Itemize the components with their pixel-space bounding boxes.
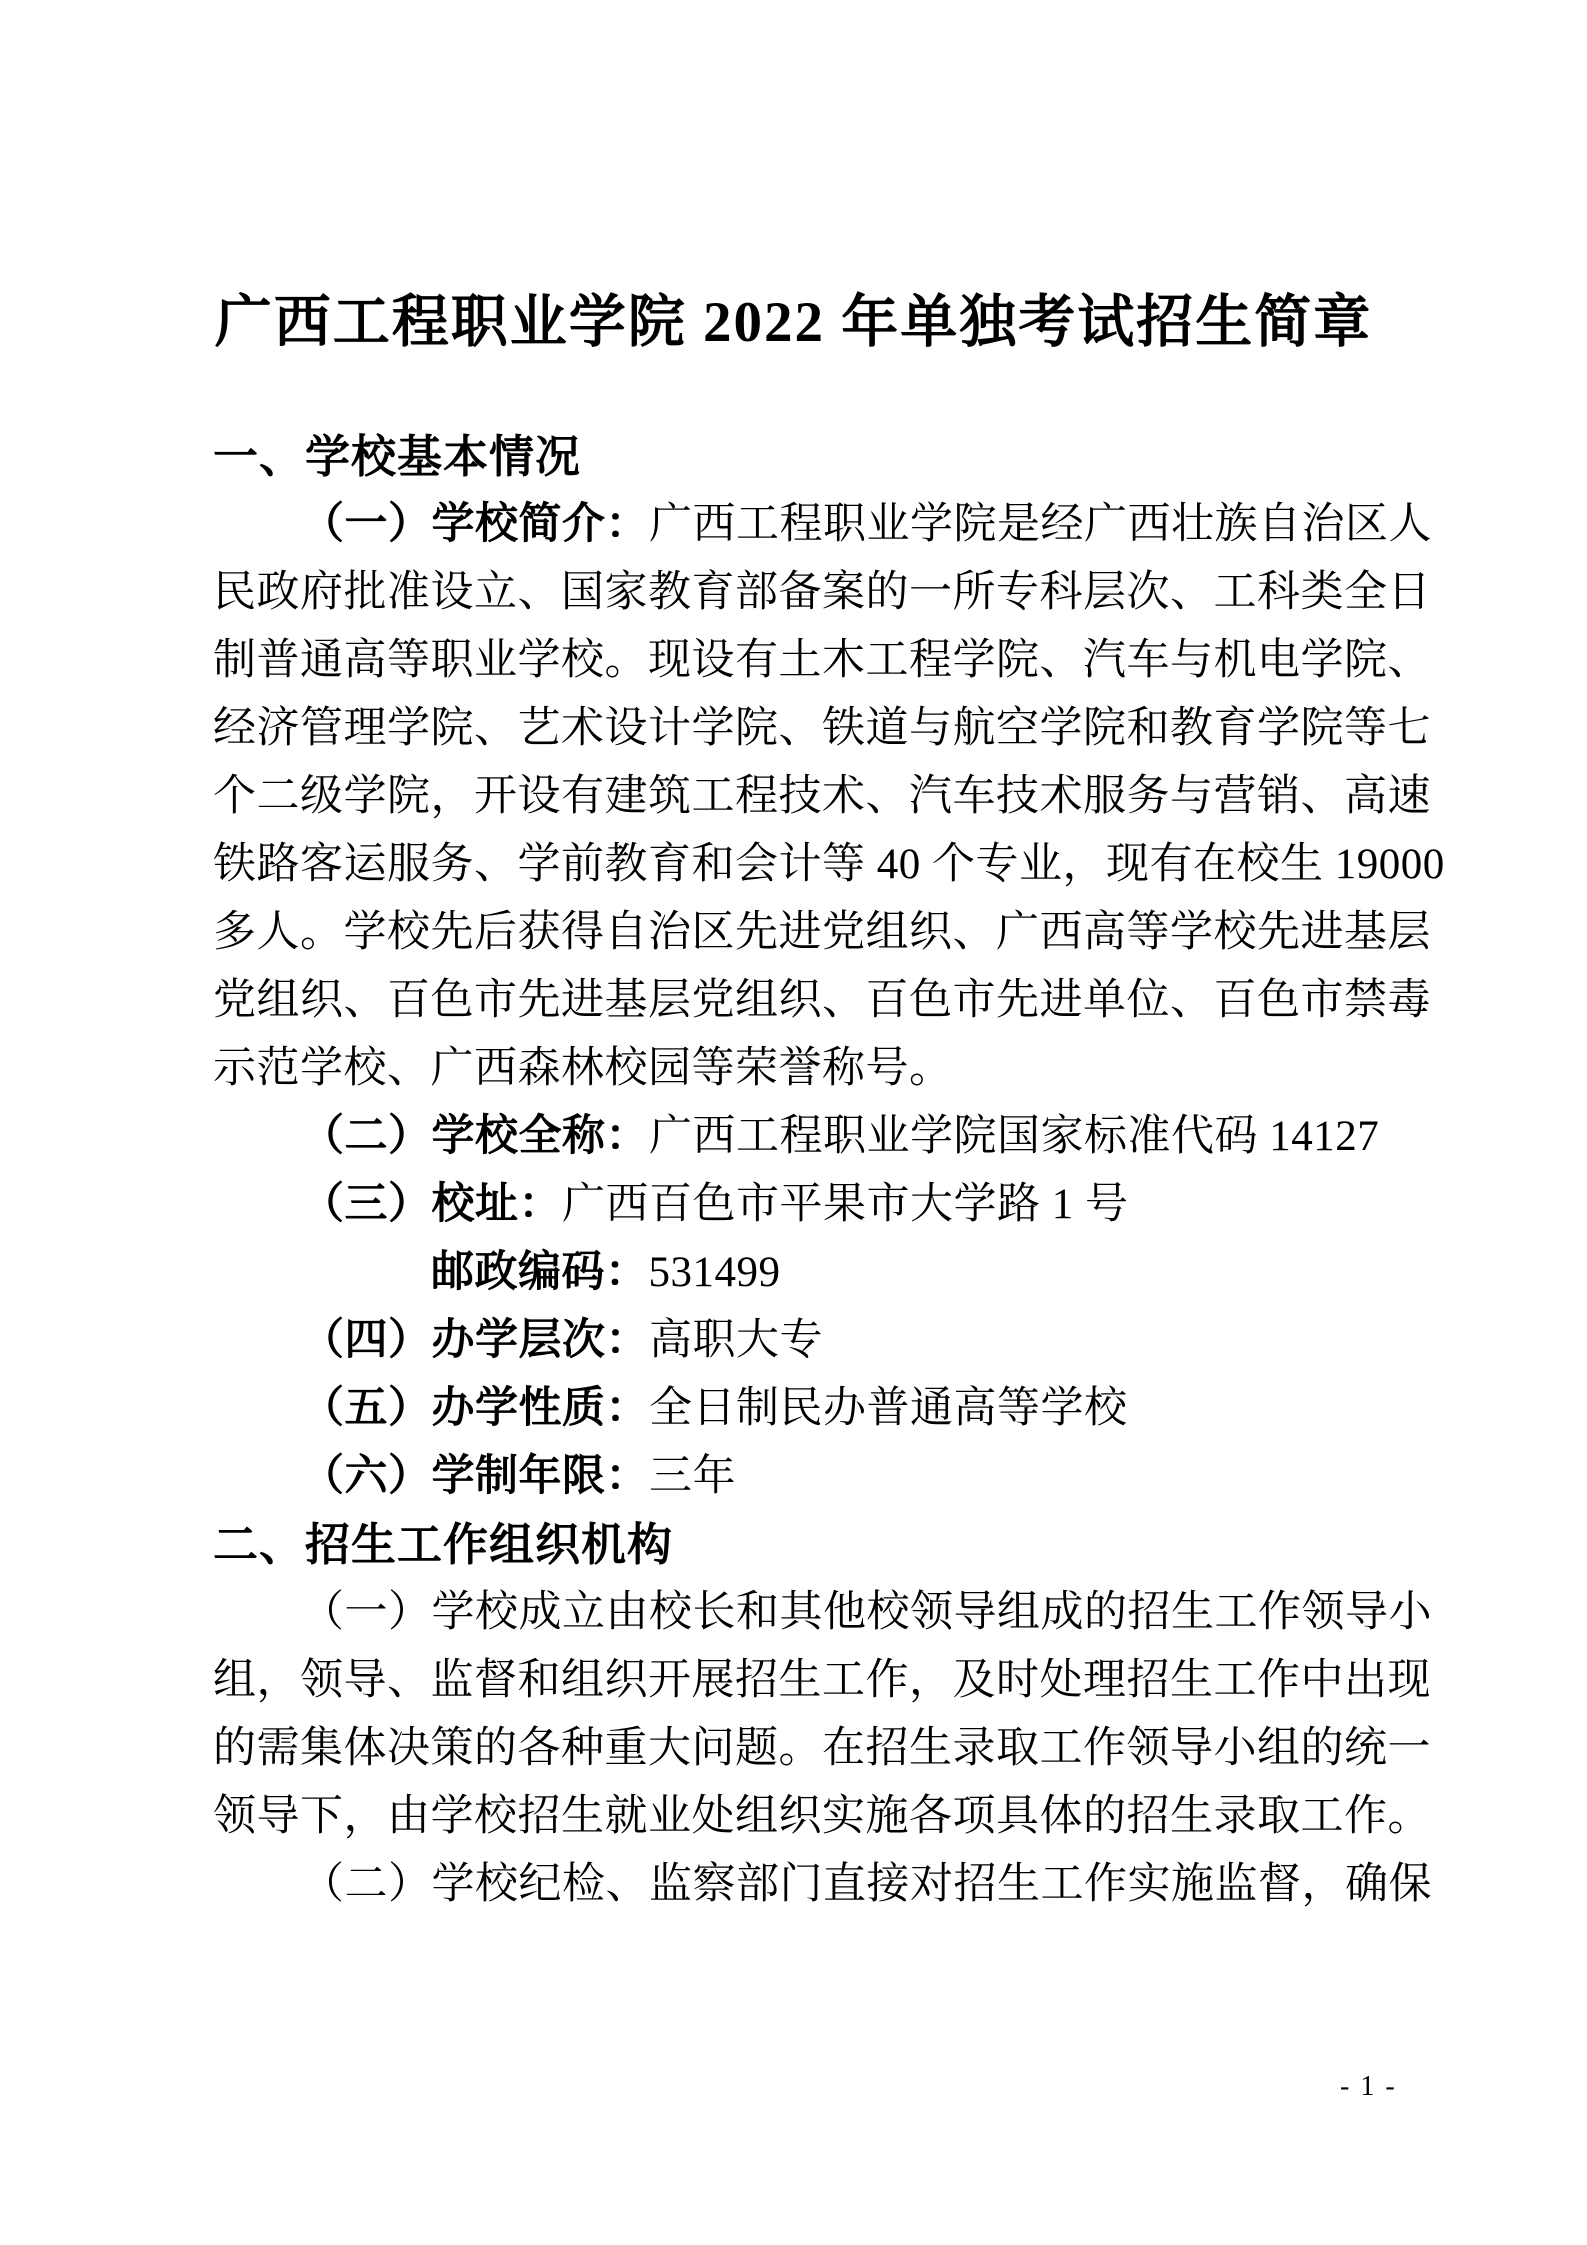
line-text: 的需集体决策的各种重大问题。在招生录取工作领导小组的统一 [213, 1725, 1431, 1772]
text-line: 个二级学院，开设有建筑工程技术、汽车技术服务与营销、高速 [213, 763, 1398, 831]
line-text: 党组织、百色市先进基层党组织、百色市先进单位、百色市禁毒 [213, 977, 1431, 1024]
line-text: （二）学校纪检、监察部门直接对招生工作实施监督，确保 [301, 1861, 1432, 1908]
line-text: 广西工程职业学院国家标准代码 14127 [649, 1113, 1379, 1160]
document-title: 广西工程职业学院 2022 年单独考试招生简章 [0, 278, 1587, 368]
text-line: 示范学校、广西森林校园等荣誉称号。 [213, 1035, 1398, 1103]
line-text: 广西百色市平果市大学路 1 号 [562, 1181, 1129, 1228]
text-line: 经济管理学院、艺术设计学院、铁道与航空学院和教育学院等七 [213, 695, 1398, 763]
line-text: 多人。学校先后获得自治区先进党组织、广西高等学校先进基层 [213, 909, 1431, 956]
line-label: （四）办学层次： [301, 1317, 649, 1364]
text-line: 制普通高等职业学校。现设有土木工程学院、汽车与机电学院、 [213, 627, 1398, 695]
text-line: （一）学校简介：广西工程职业学院是经广西壮族自治区人 [213, 491, 1398, 559]
line-text: 广西工程职业学院是经广西壮族自治区人 [649, 501, 1432, 548]
line-label: （二）学校全称： [301, 1113, 649, 1160]
text-line: 党组织、百色市先进基层党组织、百色市先进单位、百色市禁毒 [213, 967, 1398, 1035]
text-line: 多人。学校先后获得自治区先进党组织、广西高等学校先进基层 [213, 899, 1398, 967]
line-text: 三年 [649, 1453, 736, 1500]
line-text: 铁路客运服务、学前教育和会计等 40 个专业，现有在校生 19000 [213, 841, 1445, 888]
line-text: 制普通高等职业学校。现设有土木工程学院、汽车与机电学院、 [213, 637, 1431, 684]
text-line: （二）学校全称：广西工程职业学院国家标准代码 14127 [213, 1103, 1398, 1171]
line-text: 示范学校、广西森林校园等荣誉称号。 [213, 1045, 953, 1092]
line-text: （一）学校成立由校长和其他校领导组成的招生工作领导小 [301, 1589, 1432, 1636]
text-line: 领导下，由学校招生就业处组织实施各项具体的招生录取工作。 [213, 1783, 1398, 1851]
text-line: 组，领导、监督和组织开展招生工作，及时处理招生工作中出现 [213, 1647, 1398, 1715]
text-line: （四）办学层次：高职大专 [213, 1307, 1398, 1375]
text-line: （二）学校纪检、监察部门直接对招生工作实施监督，确保 [213, 1851, 1398, 1919]
line-text: 个二级学院，开设有建筑工程技术、汽车技术服务与营销、高速 [213, 773, 1431, 820]
section-heading: 一、学校基本情况 [213, 423, 1398, 491]
line-label: 邮政编码： [431, 1249, 649, 1296]
text-line: （六）学制年限：三年 [213, 1443, 1398, 1511]
line-text: 531499 [649, 1249, 781, 1296]
line-text: 经济管理学院、艺术设计学院、铁道与航空学院和教育学院等七 [213, 705, 1431, 752]
text-line: 邮政编码：531499 [213, 1239, 1398, 1307]
document-page: 广西工程职业学院 2022 年单独考试招生简章 一、学校基本情况（一）学校简介：… [0, 0, 1587, 2245]
text-line: 铁路客运服务、学前教育和会计等 40 个专业，现有在校生 19000 [213, 831, 1398, 899]
text-line: 的需集体决策的各种重大问题。在招生录取工作领导小组的统一 [213, 1715, 1398, 1783]
line-label: （五）办学性质： [301, 1385, 649, 1432]
line-label: （三）校址： [301, 1181, 562, 1228]
line-text: 民政府批准设立、国家教育部备案的一所专科层次、工科类全日 [213, 569, 1431, 616]
line-label: （一）学校简介： [301, 501, 649, 548]
page-number: - 1 - [1340, 2070, 1397, 2104]
line-label: （六）学制年限： [301, 1453, 649, 1500]
document-body: 一、学校基本情况（一）学校简介：广西工程职业学院是经广西壮族自治区人民政府批准设… [213, 423, 1398, 1919]
text-line: （一）学校成立由校长和其他校领导组成的招生工作领导小 [213, 1579, 1398, 1647]
text-line: （五）办学性质：全日制民办普通高等学校 [213, 1375, 1398, 1443]
line-text: 组，领导、监督和组织开展招生工作，及时处理招生工作中出现 [213, 1657, 1431, 1704]
line-text: 领导下，由学校招生就业处组织实施各项具体的招生录取工作。 [213, 1793, 1431, 1840]
heading-text: 一、学校基本情况 [213, 431, 581, 482]
text-line: （三）校址：广西百色市平果市大学路 1 号 [213, 1171, 1398, 1239]
heading-text: 二、招生工作组织机构 [213, 1519, 673, 1570]
text-line: 民政府批准设立、国家教育部备案的一所专科层次、工科类全日 [213, 559, 1398, 627]
section-heading: 二、招生工作组织机构 [213, 1511, 1398, 1579]
line-text: 高职大专 [649, 1317, 823, 1364]
line-text: 全日制民办普通高等学校 [649, 1385, 1128, 1432]
